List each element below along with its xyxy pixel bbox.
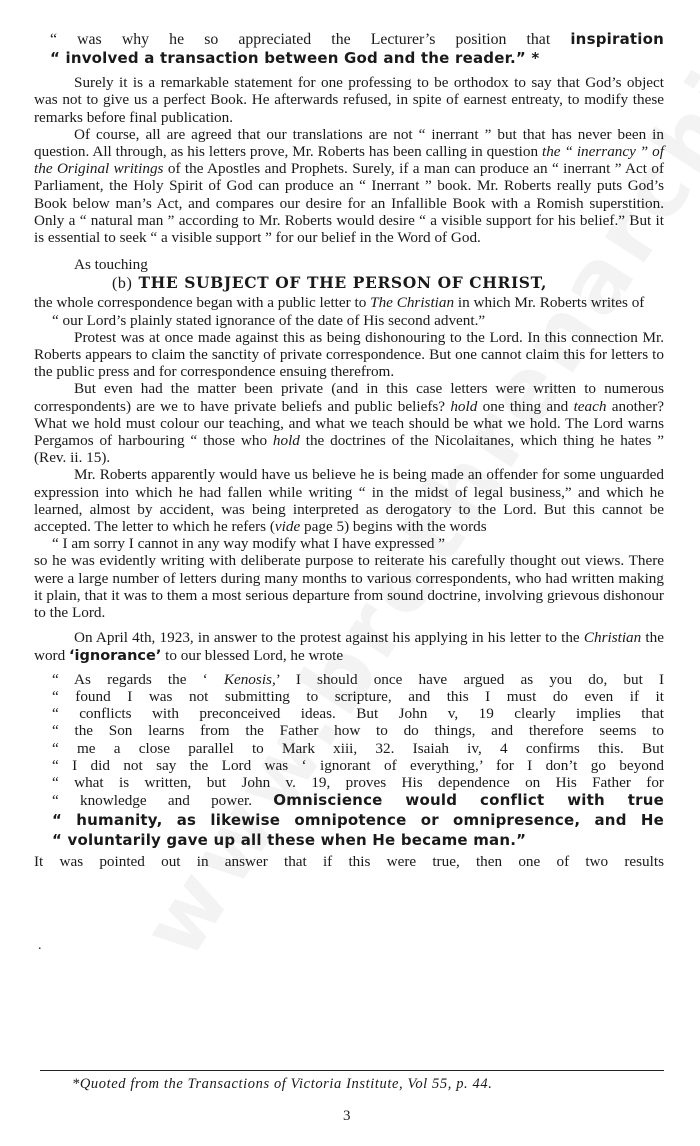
paragraph-but-even: But even had the matter been private (an…	[34, 380, 664, 466]
kenosis-line: “ knowledge and power. Omniscience would…	[52, 791, 664, 810]
footnote-rule	[40, 1070, 664, 1071]
paragraph-pointed-out: It was pointed out in answer that if thi…	[34, 853, 664, 870]
paragraph-april: On April 4th, 1923, in answer to the pro…	[34, 629, 664, 664]
quote-i-am-sorry: “ I am sorry I cannot in any way modify …	[34, 535, 664, 552]
intro-quote: “ was why he so appreciated the Lecturer…	[34, 31, 664, 68]
quote-our-lord: “ our Lord’s plainly stated ignorance of…	[34, 312, 664, 329]
paragraph-protest: Protest was at once made against this as…	[34, 329, 664, 381]
kenosis-quote: “ As regards the ‘ Kenosis,’ I should on…	[34, 671, 664, 850]
kenosis-line: “ found I was not submitting to scriptur…	[52, 688, 664, 705]
intro-quote-line-1: “ was why he so appreciated the Lecturer…	[50, 31, 664, 48]
kenosis-line: “ voluntarily gave up all these when He …	[52, 830, 664, 850]
footnote: *Quoted from the Transactions of Victori…	[72, 1076, 492, 1093]
page-number: 3	[343, 1108, 351, 1125]
section-title: THE SUBJECT OF THE PERSON OF CHRIST,	[138, 273, 547, 292]
paragraph-whole-correspondence: the whole correspondence began with a pu…	[34, 294, 664, 311]
kenosis-line: “ conflicts with preconceived ideas. But…	[52, 705, 664, 722]
kenosis-line: “ the Son learns from the Father how to …	[52, 722, 664, 739]
paragraph-of-course: Of course, all are agreed that our trans…	[34, 126, 664, 246]
kenosis-line: “ As regards the ‘ Kenosis,’ I should on…	[52, 671, 664, 688]
page-body: “ was why he so appreciated the Lecturer…	[34, 31, 664, 870]
kenosis-line: “ I did not say the Lord was ‘ ignorant …	[52, 757, 664, 774]
intro-quote-line-2: “ involved a transaction between God and…	[50, 48, 664, 68]
section-heading: (b) THE SUBJECT OF THE PERSON OF CHRIST,	[34, 273, 664, 294]
kenosis-line: “ what is written, but John v. 19, prove…	[52, 774, 664, 791]
paragraph-surely: Surely it is a remarkable statement for …	[34, 74, 664, 126]
paragraph-so-he: so he was evidently writing with deliber…	[34, 552, 664, 621]
stray-mark: .	[38, 938, 42, 954]
paragraph-roberts-apparently: Mr. Roberts apparently would have us bel…	[34, 466, 664, 535]
kenosis-line: “ humanity, as likewise omnipotence or o…	[52, 810, 664, 830]
kenosis-line: “ me a close parallel to Mark xiii, 32. …	[52, 740, 664, 757]
section-label: (b)	[112, 275, 132, 292]
as-touching: As touching	[34, 256, 664, 273]
